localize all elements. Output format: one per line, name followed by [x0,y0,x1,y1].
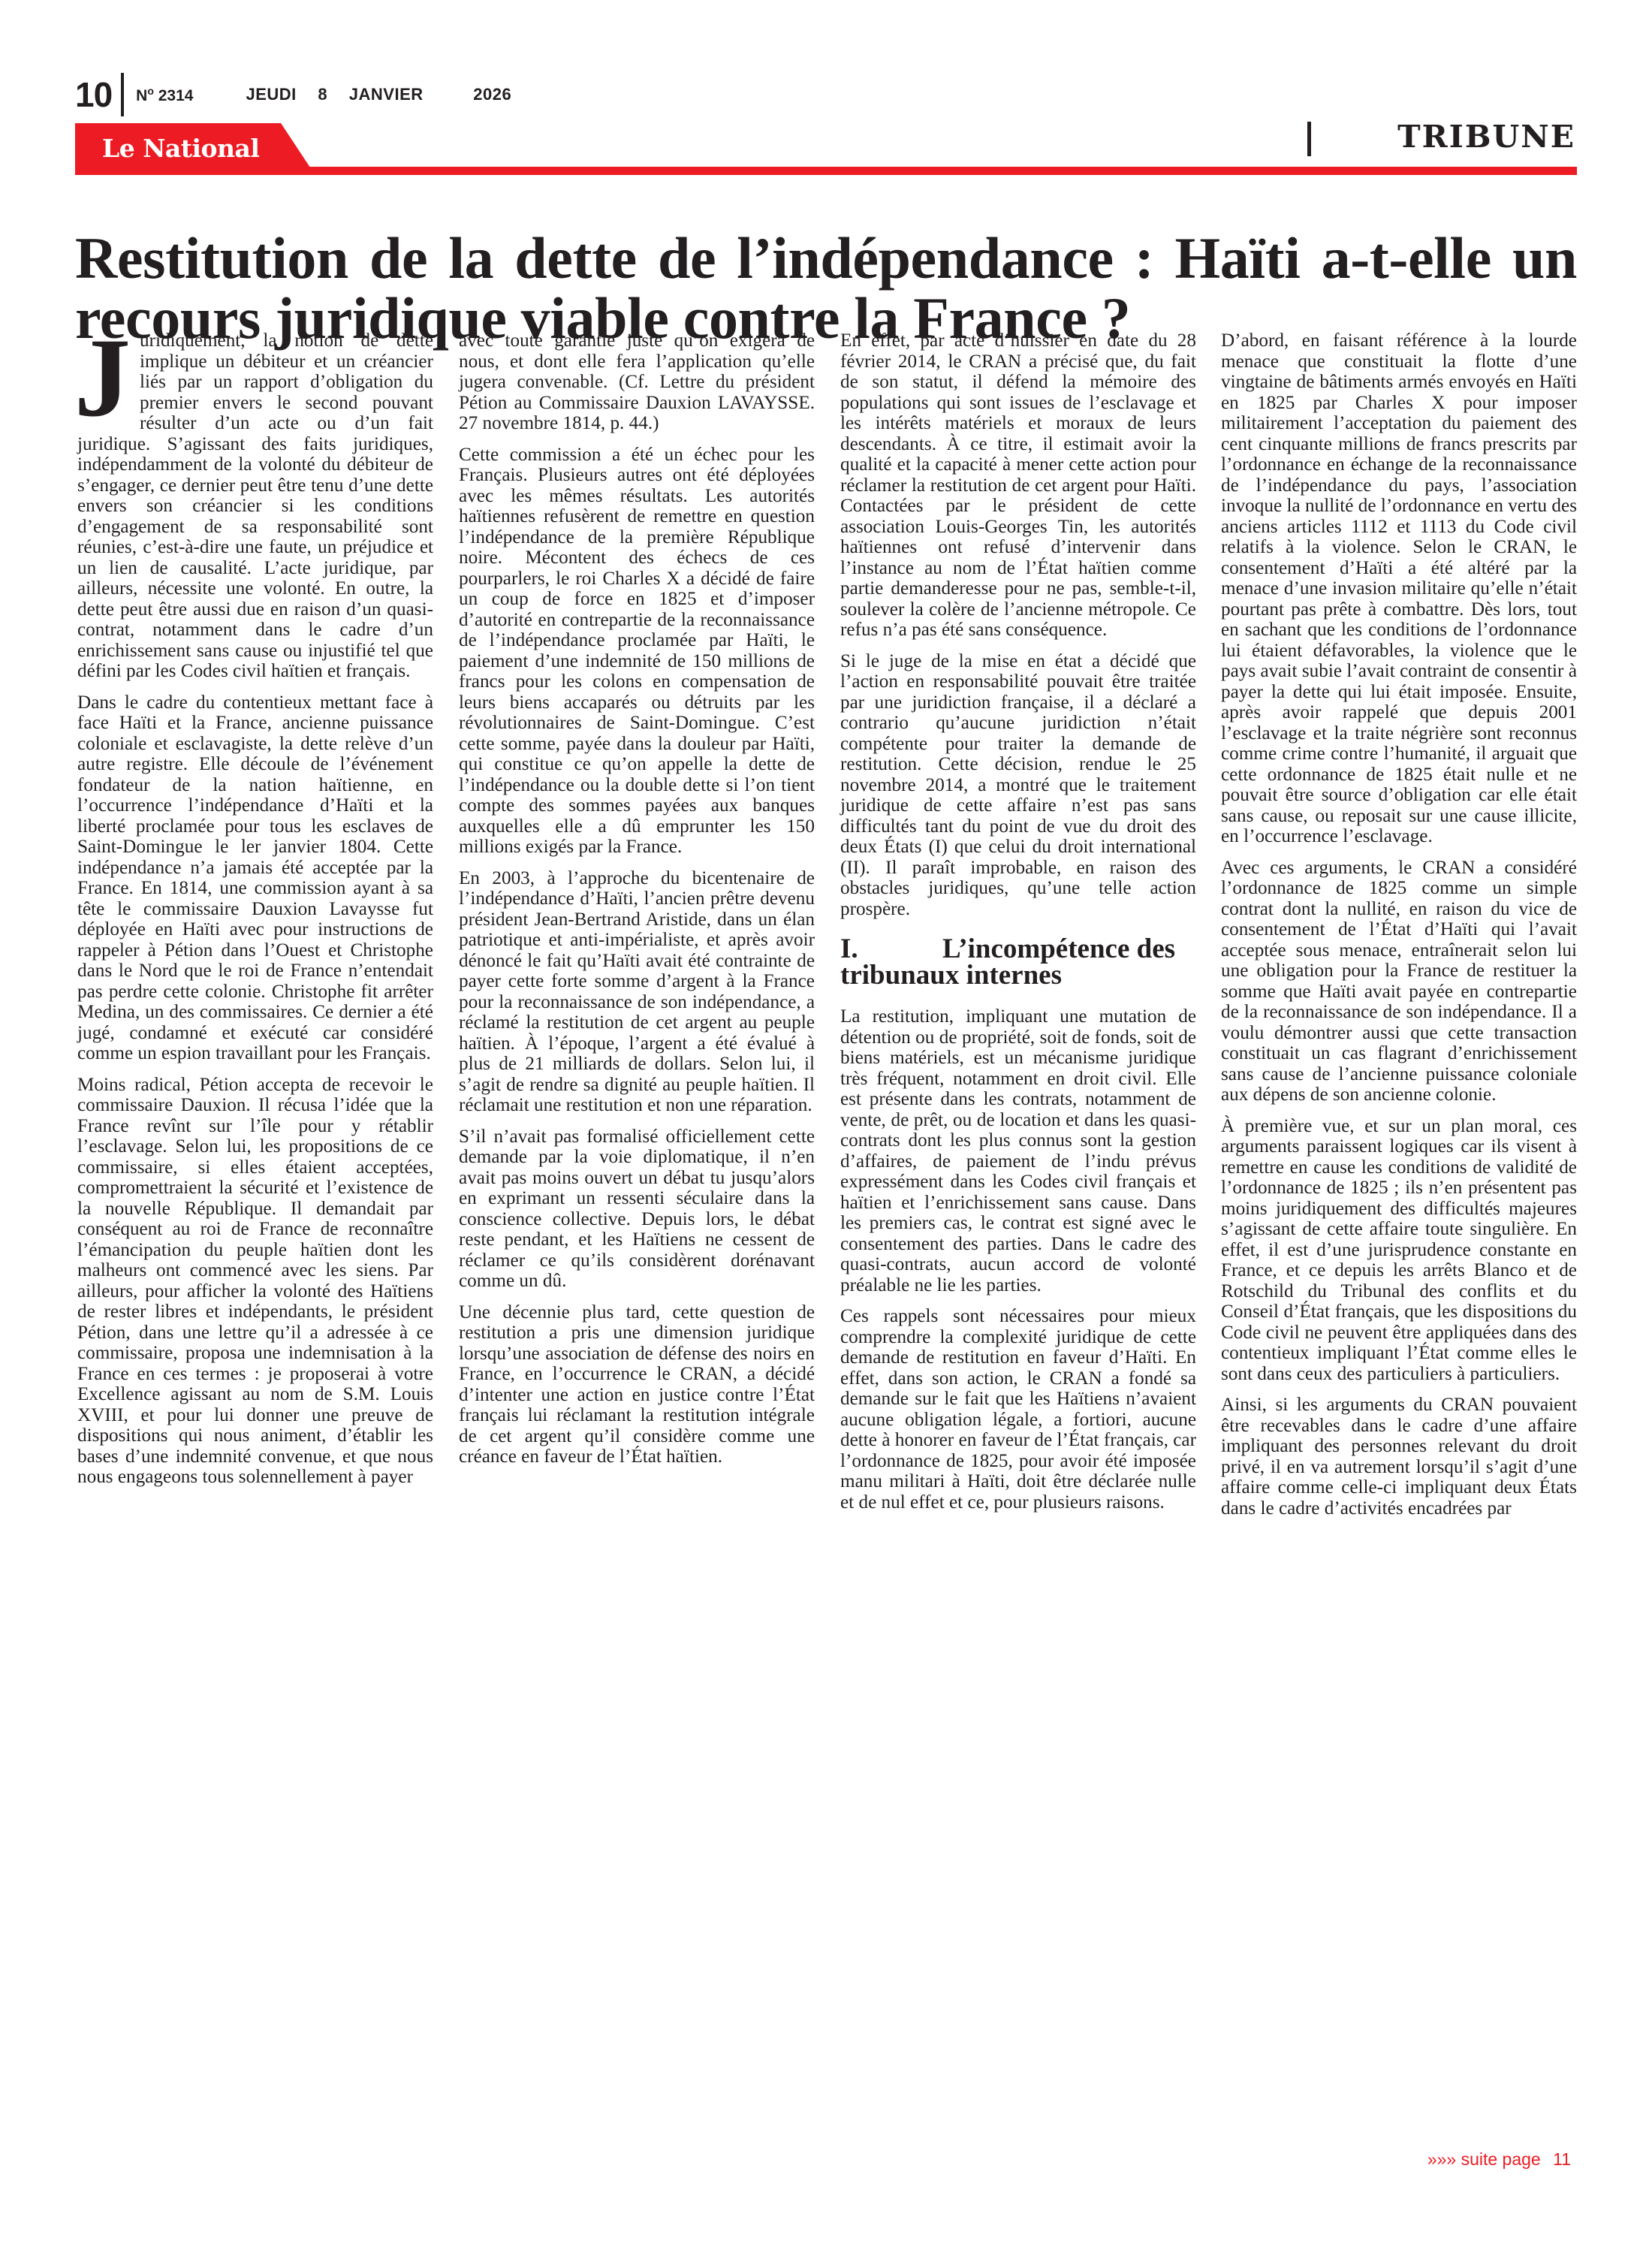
continuation-arrows-icon: »»» [1427,2149,1456,2169]
paragraph: Cette commission a été un échec pour les… [459,445,815,858]
issue-number: No 2314 [136,85,193,105]
drop-cap: J [74,333,131,427]
paragraph: À première vue, et sur un plan moral, ce… [1221,1116,1577,1385]
date-day: 8 [318,85,327,104]
continuation-page: 11 [1553,2149,1571,2169]
paragraph: Une décennie plus tard, cette question d… [459,1302,815,1467]
paragraph: Avec ces arguments, le CRAN a considéré … [1221,858,1577,1105]
page-number: 10 [75,74,112,115]
paragraph: Juridiquement, la notion de dette impliq… [77,330,433,682]
paragraph: Moins radical, Pétion accepta de recevoi… [77,1075,433,1488]
paragraph: En 2003, à l’approche du bicentenaire de… [459,868,815,1116]
section-divider [1307,122,1311,156]
date-year: 2026 [473,85,511,104]
continued-on-page-link[interactable]: »»» suite page 11 [1427,2149,1571,2170]
folio-divider [121,73,124,116]
article-column-1: Juridiquement, la notion de dette impliq… [77,330,433,1498]
continuation-label: suite page [1461,2149,1541,2169]
paragraph: avec toute garantie juste qu’on exigera … [459,330,815,434]
paragraph: En effet, par acte d’huissier en date du… [840,330,1196,641]
paragraph: La restitution, impliquant une mutation … [840,1006,1196,1295]
article-column-4: D’abord, en faisant référence à la lourd… [1221,330,1577,1529]
paragraph: Si le juge de la mise en état a décidé q… [840,651,1196,920]
paragraph: Dans le cadre du contentieux mettant fac… [77,692,433,1064]
date-month: JANVIER [349,85,424,104]
article-column-3: En effet, par acte d’huissier en date du… [840,330,1196,1523]
article-column-2: avec toute garantie juste qu’on exigera … [459,330,815,1478]
issue-date: JEUDI 8 JANVIER 2026 [246,85,528,104]
header-rule [75,167,1577,175]
paragraph: Ces rappels sont nécessaires pour mieux … [840,1306,1196,1513]
date-weekday: JEUDI [246,85,296,104]
paragraph: D’abord, en faisant référence à la lourd… [1221,330,1577,847]
paragraph: Ainsi, si les arguments du CRAN pouvaien… [1221,1395,1577,1519]
folio-line: 10 No 2314 JEUDI 8 JANVIER 2026 [75,72,528,117]
section-label: TRIBUNE [1397,119,1575,155]
newspaper-page: 10 No 2314 JEUDI 8 JANVIER 2026 Le Natio… [0,0,1652,2253]
brand-tab: Le National [75,123,312,170]
paragraph: S’il n’avait pas formalisé officiellemen… [459,1126,815,1292]
section-subheading: I.L’incompétence des tribunaux internes [840,936,1196,988]
brand-logo: Le National [102,134,259,163]
